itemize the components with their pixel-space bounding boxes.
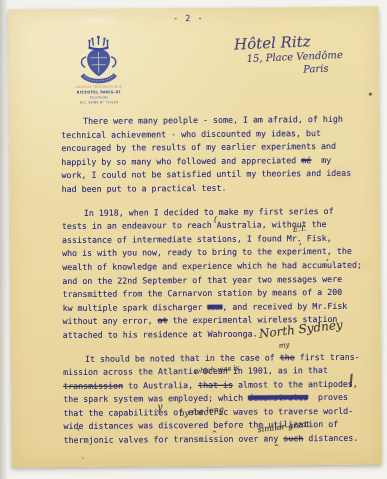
typed-text: first trans- (295, 351, 360, 362)
typed-text: almost to the antipodes, (233, 378, 358, 389)
typed-text: There were many peolple - some, I am afr… (83, 114, 343, 126)
typed-text: wealth of knowledge and experience which… (62, 260, 362, 272)
typed-text: mission across the Atlantic Ocean in 190… (63, 365, 328, 377)
typed-text: attached to his residence at Wahroonga. (63, 328, 258, 340)
typed-text: encouraged by the results of my earlier … (61, 141, 336, 153)
typed-text: technical achievement - who discounted m… (61, 128, 321, 140)
struck-text: xxx (207, 302, 222, 312)
typed-line: attached to his residence at Wahroonga. (63, 327, 371, 343)
struck-text: the (280, 352, 295, 362)
struck-text: demonstrates (248, 392, 308, 402)
typed-text: proves (308, 392, 348, 402)
typed-text: assistance of intermediate stations, I f… (62, 233, 332, 245)
struck-text: that is (198, 379, 233, 389)
typed-text: that the capabilities of electric waves … (63, 406, 353, 418)
crest-icon (74, 34, 122, 86)
typed-text: my (311, 155, 331, 165)
typed-line: had been put to a practical test. (62, 181, 370, 197)
typed-text: without any error, (63, 316, 158, 327)
crest-caption: ADRESSE TÉLÉGRAPHIQUERITZOTEL PARIS-81TÉ… (67, 84, 132, 105)
scanned-letter: - 2 - (0, 0, 387, 479)
typed-text: had been put to a practical test. (62, 183, 227, 194)
typed-line: thermjonic valves for transmission over … (64, 432, 372, 448)
struck-text: at (158, 316, 168, 326)
letterhead-address: Hôtel Ritz 15, Place Vendôme Paris (234, 32, 344, 80)
page-number: - 2 - (148, 15, 228, 24)
typed-text: tests in an endeavour to reach Australia… (62, 219, 327, 231)
letter-page: - 2 - (8, 7, 382, 468)
struck-text: such (283, 433, 303, 443)
struck-text: transmission (63, 380, 123, 390)
letter-body: There were many peolple - some, I am afr… (61, 113, 372, 448)
typed-line: work, I could not be satisfied until my … (61, 167, 369, 183)
handwritten-annotation: · (82, 455, 85, 463)
typed-line: without any error, at the experimental w… (63, 313, 371, 329)
crest-caption-line: R.C. SEINE N° 73.639 (67, 100, 132, 105)
typed-text: the experimental wireless station (168, 314, 338, 325)
typed-text: and on the 22nd September of that year t… (62, 273, 342, 285)
typed-text: It should be noted that in the case of (85, 352, 280, 364)
typed-text: wide distances was discovered before the… (63, 419, 338, 431)
pen-mark (369, 93, 372, 96)
typed-text: work, I could not be satisfied until my … (61, 168, 351, 180)
typed-text: to Australia, (123, 380, 198, 391)
typed-text: In 1918, when I decided to make my first… (84, 205, 334, 217)
struck-text: mé (301, 155, 311, 165)
typed-text: happily by so many who followed and appr… (61, 155, 301, 167)
typed-line: There were many peolple - some, I am afr… (61, 113, 369, 129)
typed-text: thermjonic valves for transmission over … (64, 433, 284, 445)
typed-text: , and received by Mr.Fisk (222, 301, 347, 312)
hotel-ritz-crest-icon (74, 34, 122, 86)
typed-text: who is with you now, ready to bring to t… (62, 246, 352, 258)
typed-text: transmitted from the Carnarvon station b… (62, 287, 342, 299)
hotel-city-script: Paris (303, 62, 344, 77)
typed-text: kw multiple spark discharger (63, 302, 208, 313)
typed-text: the spark system was employed; which (63, 393, 248, 404)
typed-text: distances. (303, 433, 358, 443)
